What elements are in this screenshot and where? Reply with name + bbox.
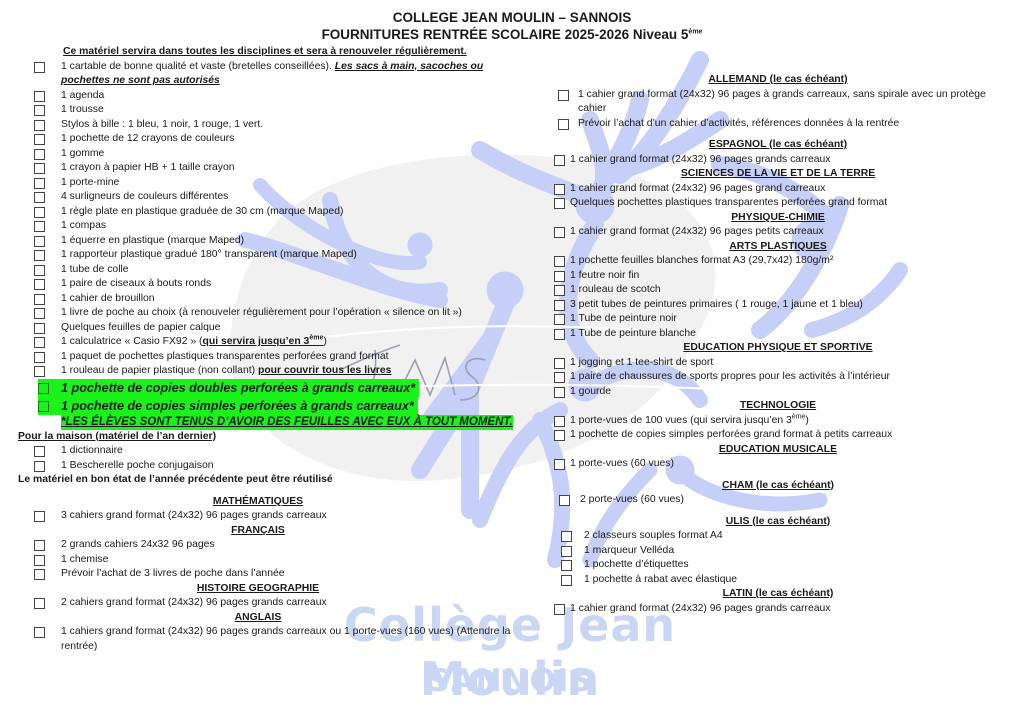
list-item: 1 cahiers grand format (24x32) 96 pages … (18, 625, 518, 654)
checkbox[interactable] (34, 461, 45, 472)
checkbox[interactable] (554, 256, 565, 267)
checkbox[interactable] (34, 308, 45, 319)
list-item: 3 petit tubes de peintures primaires ( 1… (548, 298, 1008, 313)
checkbox[interactable] (34, 192, 45, 203)
checkbox[interactable] (34, 120, 45, 131)
list-item: 1 tube de colle (18, 263, 518, 278)
item-text: 1 cahier grand format (24x32) 96 pages p… (570, 225, 1008, 240)
list-item: 1 compas (18, 219, 518, 234)
calc-end: ) (323, 336, 326, 347)
checkbox[interactable] (554, 358, 565, 369)
item-text: 1 gourde (570, 385, 1008, 400)
subject-heading: MATHÉMATIQUES (18, 495, 498, 510)
list-item: 1 rapporteur plastique gradué 180° trans… (18, 248, 518, 263)
subject-heading: EDUCATION PHYSIQUE ET SPORTIVE (548, 341, 1008, 356)
list-item: 1 cahier grand format (24x32) 96 pages g… (548, 602, 1008, 617)
checkbox[interactable] (554, 387, 565, 398)
list-item: 1 jogging et 1 tee-shirt de sport (548, 356, 1008, 371)
item-text: 1 cahier grand format (24x32) 96 pages g… (570, 602, 1008, 617)
supply-list-page: COLLEGE JEAN MOULIN – SANNOIS FOURNITURE… (0, 0, 1024, 724)
item-text: 1 paire de ciseaux à bouts ronds (61, 277, 518, 292)
school-title: COLLEGE JEAN MOULIN – SANNOIS (0, 10, 1024, 26)
checkbox[interactable] (554, 271, 565, 282)
checkbox[interactable] (561, 531, 572, 542)
list-item: 1 trousse (18, 103, 518, 118)
item-text: 3 cahiers grand format (24x32) 96 pages … (61, 509, 518, 524)
item-text: 1 Tube de peinture blanche (570, 327, 1008, 342)
left-column: Ce matériel servira dans toutes les disc… (18, 45, 518, 654)
subject-heading: ALLEMAND (le cas échéant) (548, 73, 1008, 88)
highlighted-item: 1 pochette de copies doubles perforées à… (38, 379, 419, 397)
checkbox[interactable] (34, 352, 45, 363)
bag-item: 1 cartable de bonne qualité et vaste (br… (61, 61, 335, 72)
checkbox[interactable] (554, 184, 565, 195)
item-text: 1 cahiers grand format (24x32) 96 pages … (61, 625, 518, 654)
list-item: 1 cahier grand format (24x32) 96 pages à… (548, 88, 1008, 117)
item-text: 1 porte-vues (60 vues) (570, 457, 1008, 472)
list-item: 3 cahiers grand format (24x32) 96 pages … (18, 509, 518, 524)
reuse-note: Le matériel en bon état de l’année précé… (18, 473, 518, 488)
list-item: 1 pochette d’étiquettes (548, 558, 1008, 573)
subject-heading: LATIN (le cas échéant) (548, 587, 1008, 602)
checkbox[interactable] (554, 314, 565, 325)
list-item: Quelques pochettes plastiques transparen… (548, 196, 1008, 211)
subject-heading: EDUCATION MUSICALE (548, 443, 1008, 458)
list-item: Prévoir l’achat d’un cahier d’activités,… (548, 117, 1008, 132)
list-item: 1 marqueur Velléda (548, 544, 1008, 559)
calc-note: qui servira jusqu’en 3ème (203, 336, 324, 347)
rouleau-item: 1 rouleau de papier plastique (non colla… (61, 365, 258, 376)
list-item: 1 équerre en plastique (marque Maped) (18, 234, 518, 249)
list-item: 2 classeurs souples format A4 (548, 529, 1008, 544)
checkbox[interactable] (38, 383, 49, 394)
checkbox[interactable] (34, 598, 45, 609)
item-text: 1 pochette de copies simples perforées g… (570, 428, 1008, 443)
subject-heading: ANGLAIS (18, 611, 498, 626)
list-item: 1 porte-vues de 100 vues (qui servira ju… (548, 414, 1008, 429)
subject-heading: PHYSIQUE-CHIMIE (548, 211, 1008, 226)
general-intro: Ce matériel servira dans toutes les disc… (18, 45, 518, 60)
item-text: Stylos à bille : 1 bleu, 1 noir, 1 rouge… (61, 118, 518, 133)
list-item: 1 gourde (548, 385, 1008, 400)
item-text: 1 cartable de bonne qualité et vaste (br… (61, 60, 518, 89)
checkbox[interactable] (34, 178, 45, 189)
list-item: 1 dictionnaire (18, 444, 518, 459)
checkbox[interactable] (34, 366, 45, 377)
list-item: Stylos à bille : 1 bleu, 1 noir, 1 rouge… (18, 118, 518, 133)
item-text: 1 porte-mine (61, 176, 518, 191)
checkbox[interactable] (34, 105, 45, 116)
list-item: 1 paquet de pochettes plastiques transpa… (18, 350, 518, 365)
checkbox[interactable] (34, 149, 45, 160)
list-item: 1 chemise (18, 553, 518, 568)
list-item: 1 crayon à papier HB + 1 taille crayon (18, 161, 518, 176)
checkbox[interactable] (554, 329, 565, 340)
item-text: 1 dictionnaire (61, 444, 518, 459)
list-item: 1 livre de poche au choix (à renouveler … (18, 306, 518, 321)
item-text: 1 gomme (61, 147, 518, 162)
list-item: 1 feutre noir fin (548, 269, 1008, 284)
list-item: 1 agenda (18, 89, 518, 104)
list-item: 1 paire de chaussures de sports propres … (548, 370, 1008, 385)
subject-heading: ULIS (le cas échéant) (548, 515, 1008, 530)
item-text: 1 pochette de copies simples perforées à… (61, 397, 414, 415)
checkbox[interactable] (34, 279, 45, 290)
calc-item: 1 calculatrice « Casio FX92 » ( (61, 336, 203, 347)
subject-heading: ESPAGNOL (le cas échéant) (548, 138, 1008, 153)
list-title-sup: ème (688, 29, 702, 36)
item-text: 1 pochette de copies doubles perforées à… (61, 379, 415, 397)
item-text: Prévoir l’achat d’un cahier d’activités,… (578, 117, 1008, 132)
checkbox[interactable] (34, 294, 45, 305)
item-text: Quelques pochettes plastiques transparen… (570, 196, 1008, 211)
list-item: 1 calculatrice « Casio FX92 » (qui servi… (18, 335, 518, 350)
checkbox[interactable] (34, 446, 45, 457)
subject-heading: TECHNOLOGIE (548, 399, 1008, 414)
item-text: 1 porte-vues de 100 vues (qui servira ju… (570, 414, 1008, 429)
checkbox[interactable] (34, 62, 45, 73)
item-text: 1 rouleau de scotch (570, 283, 1008, 298)
item-text: 1 marqueur Velléda (584, 544, 1008, 559)
checkbox[interactable] (34, 134, 45, 145)
checkbox[interactable] (34, 221, 45, 232)
checkbox[interactable] (561, 546, 572, 557)
checkbox[interactable] (554, 372, 565, 383)
list-title: FOURNITURES RENTRÉE SCOLAIRE 2025-2026 N… (0, 27, 1024, 43)
list-item: 1 cahier grand format (24x32) 96 pages g… (548, 153, 1008, 168)
item-text: 1 paquet de pochettes plastiques transpa… (61, 350, 518, 365)
checkbox[interactable] (34, 337, 45, 348)
item-text: 1 Bescherelle poche conjugaison (61, 459, 518, 474)
list-item: 1 pochette de copies simples perforées g… (548, 428, 1008, 443)
rouleau-note: pour couvrir tous les livres (258, 365, 391, 376)
list-item: Prévoir l’achat de 3 livres de poche dan… (18, 567, 518, 582)
list-item: 2 grands cahiers 24x32 96 pages (18, 538, 518, 553)
item-text: 1 cahier grand format (24x32) 96 pages g… (570, 182, 1008, 197)
checkbox[interactable] (554, 227, 565, 238)
subject-heading: ARTS PLASTIQUES (548, 240, 1008, 255)
item-text: 1 calculatrice « Casio FX92 » (qui servi… (61, 335, 518, 350)
item-text: 1 agenda (61, 89, 518, 104)
list-title-text: FOURNITURES RENTRÉE SCOLAIRE 2025-2026 N… (322, 27, 689, 42)
checkbox[interactable] (34, 265, 45, 276)
item-text: 1 cahier grand format (24x32) 96 pages à… (578, 88, 1008, 117)
highlighted-item: 1 pochette de copies simples perforées à… (38, 397, 418, 415)
checkbox[interactable] (554, 430, 565, 441)
item-text: 1 tube de colle (61, 263, 518, 278)
checkbox[interactable] (38, 401, 49, 412)
checkbox[interactable] (554, 285, 565, 296)
list-item: 1 cartable de bonne qualité et vaste (br… (18, 60, 518, 89)
item-text: 1 Tube de peinture noir (570, 312, 1008, 327)
item-text: 1 rapporteur plastique gradué 180° trans… (61, 248, 518, 263)
subject-heading: FRANÇAIS (18, 524, 498, 539)
list-item: 1 gomme (18, 147, 518, 162)
checkbox[interactable] (34, 511, 45, 522)
item-text: 1 livre de poche au choix (à renouveler … (61, 306, 518, 321)
checkbox[interactable] (554, 604, 565, 615)
item-text: 1 rouleau de papier plastique (non colla… (61, 364, 518, 379)
item-text: 1 chemise (61, 553, 518, 568)
item-text: 1 trousse (61, 103, 518, 118)
checkbox[interactable] (561, 575, 572, 586)
list-item: 1 pochette feuilles blanches format A3 (… (548, 254, 1008, 269)
item-text: 1 pochette de 12 crayons de couleurs (61, 132, 518, 147)
checkbox[interactable] (554, 416, 565, 427)
checkbox[interactable] (561, 560, 572, 571)
item-text: 2 grands cahiers 24x32 96 pages (61, 538, 518, 553)
checkbox[interactable] (558, 119, 569, 130)
list-item: 1 paire de ciseaux à bouts ronds (18, 277, 518, 292)
checkbox[interactable] (34, 555, 45, 566)
list-item: 1 porte-mine (18, 176, 518, 191)
item-text: 2 porte-vues (60 vues) (580, 493, 1008, 508)
item-text: 1 crayon à papier HB + 1 taille crayon (61, 161, 518, 176)
item-text: 1 règle plate en plastique graduée de 30… (61, 205, 518, 220)
item-text: 2 cahiers grand format (24x32) 96 pages … (61, 596, 518, 611)
right-column: ALLEMAND (le cas échéant)1 cahier grand … (548, 73, 1008, 616)
highlight-note: *LES ÉLÈVES SONT TENUS D’AVOIR DES FEUIL… (61, 415, 513, 430)
item-text: 1 jogging et 1 tee-shirt de sport (570, 356, 1008, 371)
list-item: 1 pochette de 12 crayons de couleurs (18, 132, 518, 147)
list-item: Quelques feuilles de papier calque (18, 321, 518, 336)
item-text: 1 équerre en plastique (marque Maped) (61, 234, 518, 249)
checkbox[interactable] (34, 627, 45, 638)
checkbox[interactable] (34, 569, 45, 580)
checkbox[interactable] (34, 91, 45, 102)
checkbox[interactable] (34, 163, 45, 174)
list-item: 4 surligneurs de couleurs différentes (18, 190, 518, 205)
subject-heading: SCIENCES DE LA VIE ET DE LA TERRE (548, 167, 1008, 182)
checkbox[interactable] (559, 495, 570, 506)
item-text: 1 pochette à rabat avec élastique (584, 573, 1008, 588)
checkbox[interactable] (34, 236, 45, 247)
list-item: 1 rouleau de papier plastique (non colla… (18, 364, 518, 379)
list-item: 2 cahiers grand format (24x32) 96 pages … (18, 596, 518, 611)
list-item: 1 pochette à rabat avec élastique (548, 573, 1008, 588)
checkbox[interactable] (34, 250, 45, 261)
item-text: 1 compas (61, 219, 518, 234)
item-text: 1 feutre noir fin (570, 269, 1008, 284)
item-text: 1 pochette feuilles blanches format A3 (… (570, 254, 1008, 269)
list-item: 1 Tube de peinture blanche (548, 327, 1008, 342)
item-text: 4 surligneurs de couleurs différentes (61, 190, 518, 205)
checkbox[interactable] (554, 198, 565, 209)
list-item: 1 Tube de peinture noir (548, 312, 1008, 327)
list-item: 1 cahier de brouillon (18, 292, 518, 307)
list-item: 1 rouleau de scotch (548, 283, 1008, 298)
list-item: 1 porte-vues (60 vues) (548, 457, 1008, 472)
item-text: 1 pochette d’étiquettes (584, 558, 1008, 573)
item-text: 1 cahier grand format (24x32) 96 pages g… (570, 153, 1008, 168)
checkbox[interactable] (554, 459, 565, 470)
list-item: 1 règle plate en plastique graduée de 30… (18, 205, 518, 220)
checkbox[interactable] (554, 155, 565, 166)
checkbox[interactable] (34, 207, 45, 218)
list-item: 1 cahier grand format (24x32) 96 pages g… (548, 182, 1008, 197)
list-item: 1 cahier grand format (24x32) 96 pages p… (548, 225, 1008, 240)
checkbox[interactable] (558, 90, 569, 101)
list-item: 1 Bescherelle poche conjugaison (18, 459, 518, 474)
item-text: Quelques feuilles de papier calque (61, 321, 518, 336)
subject-heading: CHAM (le cas échéant) (548, 479, 1008, 494)
item-text: Prévoir l’achat de 3 livres de poche dan… (61, 567, 518, 582)
home-label: Pour la maison (matériel de l’an dernier… (18, 430, 518, 445)
subject-heading: HISTOIRE GEOGRAPHIE (18, 582, 498, 597)
item-text: 1 cahier de brouillon (61, 292, 518, 307)
checkbox[interactable] (34, 323, 45, 334)
item-text: 2 classeurs souples format A4 (584, 529, 1008, 544)
checkbox[interactable] (554, 300, 565, 311)
item-text: 1 paire de chaussures de sports propres … (570, 370, 1008, 385)
checkbox[interactable] (34, 540, 45, 551)
list-item: 2 porte-vues (60 vues) (548, 493, 1008, 508)
item-text: 3 petit tubes de peintures primaires ( 1… (570, 298, 1008, 313)
